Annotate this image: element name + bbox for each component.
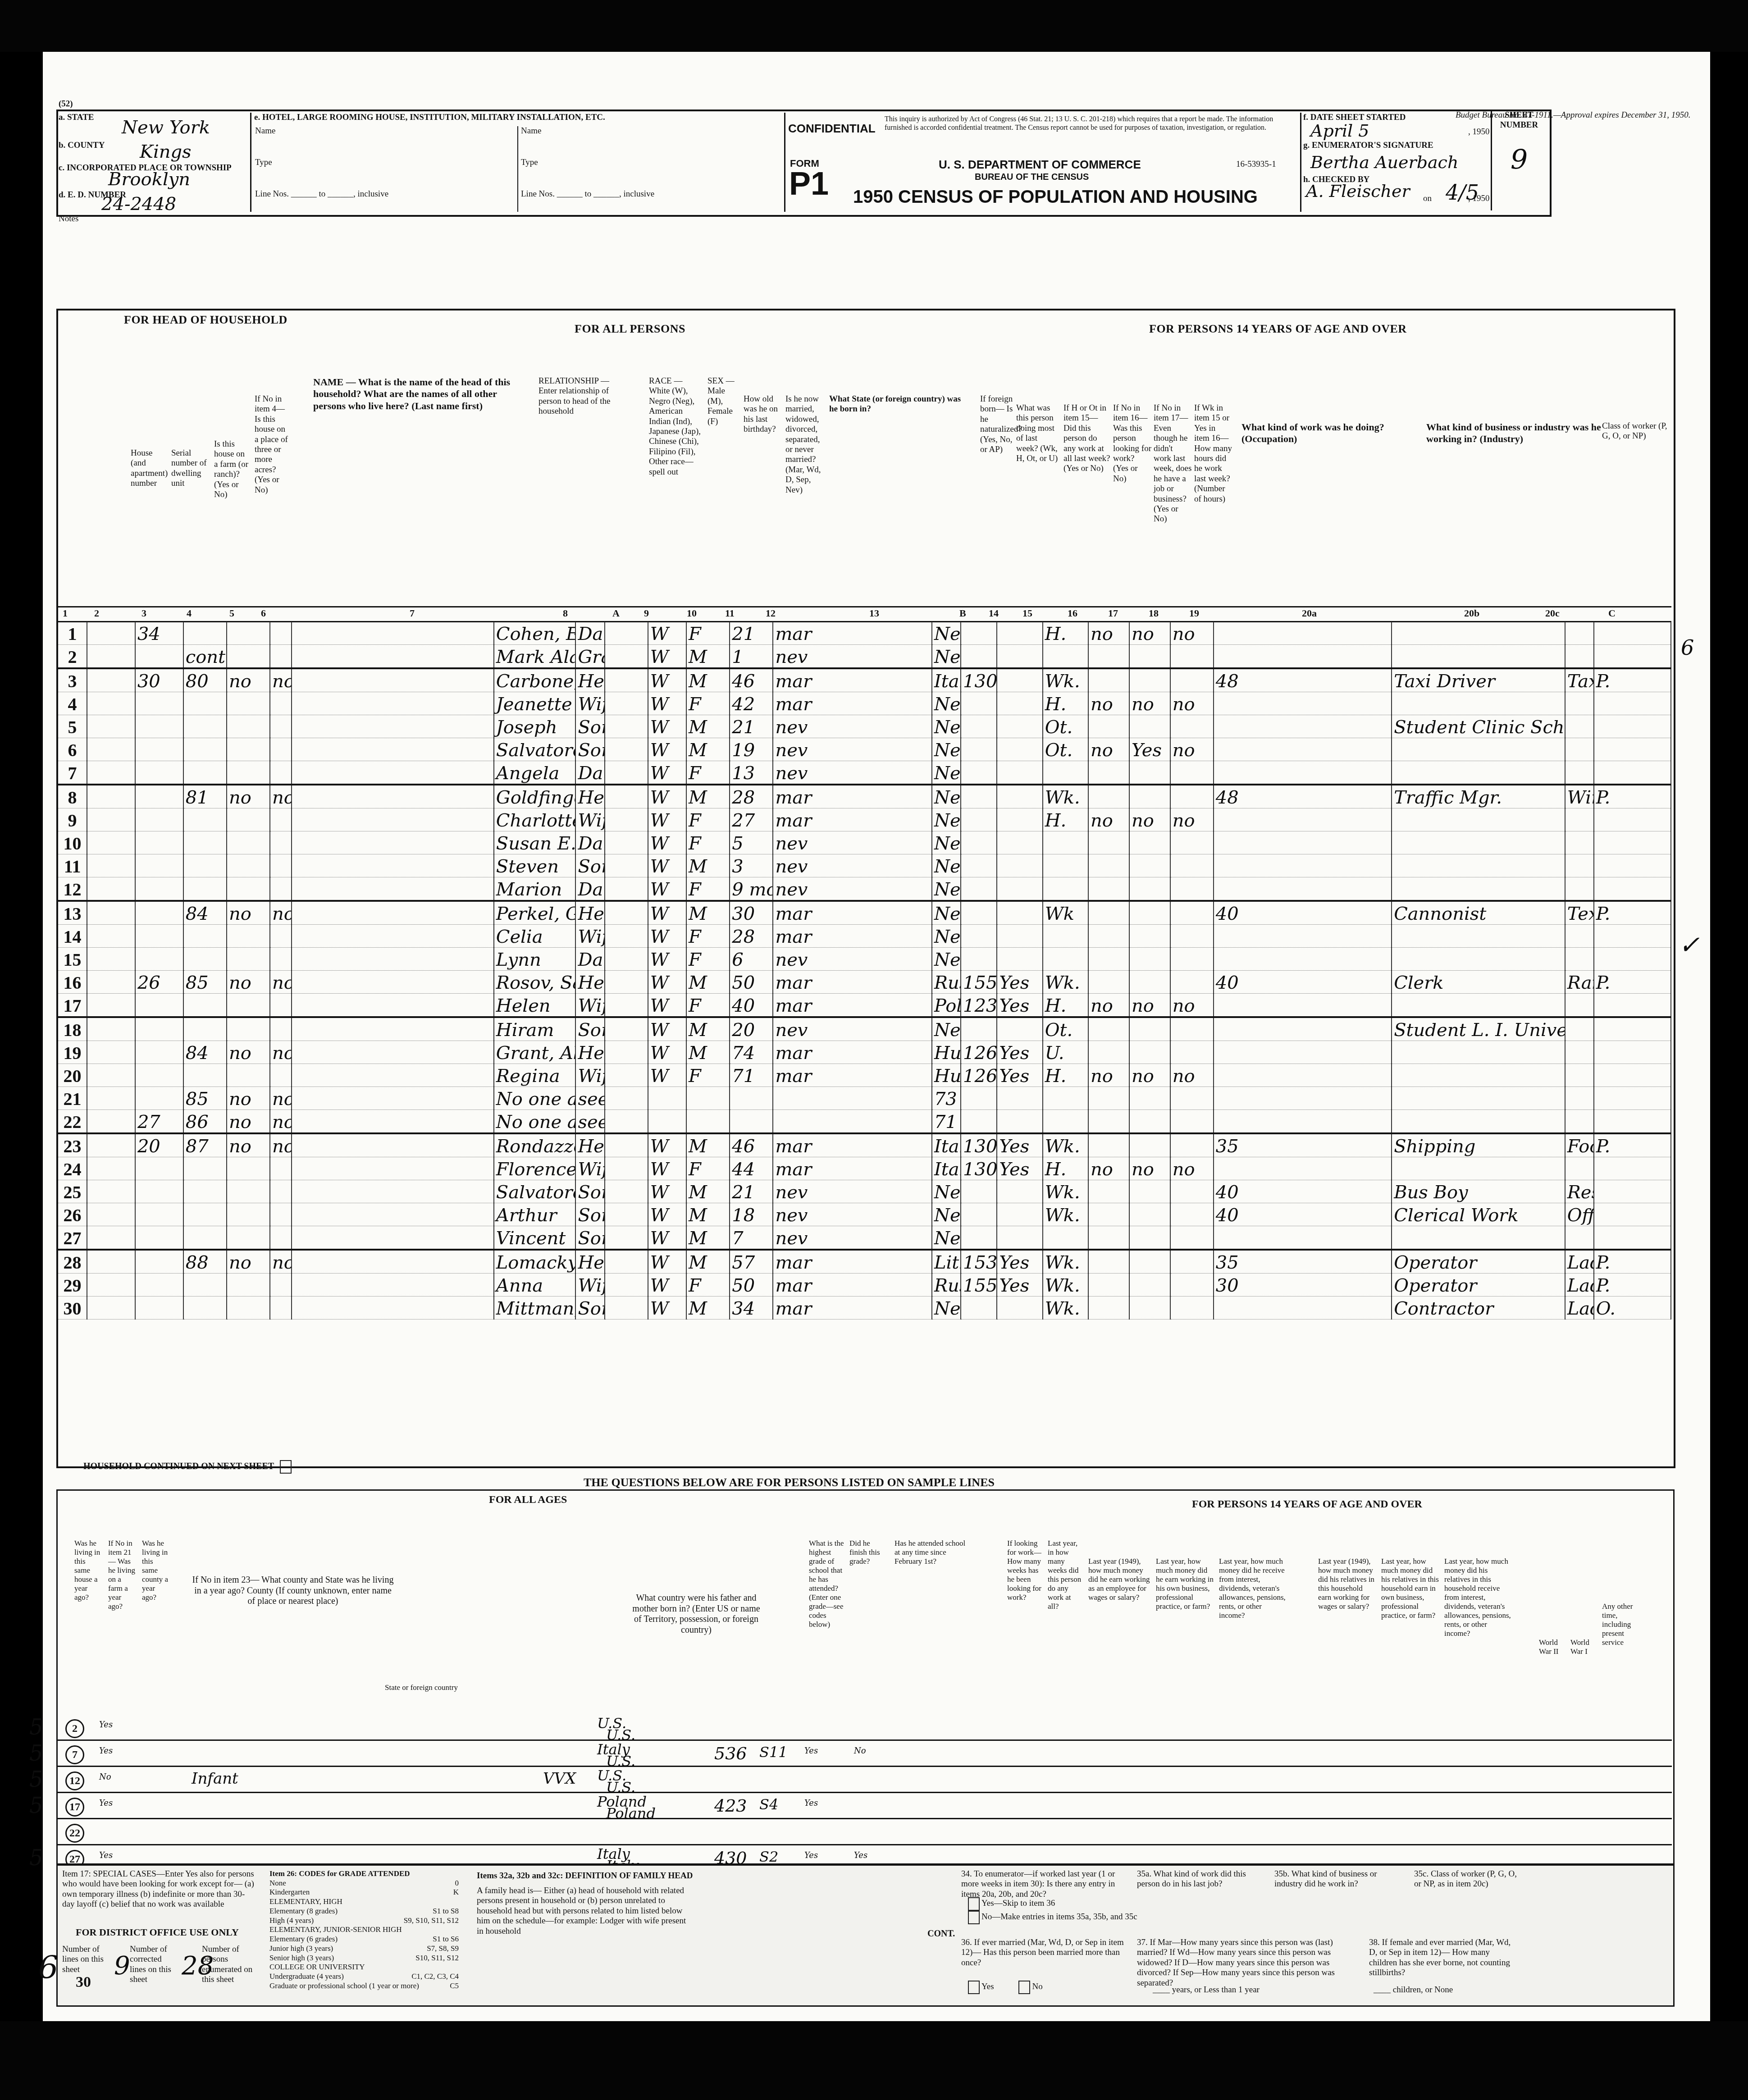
activity[interactable]: H. — [1043, 622, 1088, 645]
looking-for-work[interactable]: no — [1129, 994, 1170, 1018]
naturalized[interactable]: Yes — [997, 1064, 1042, 1087]
dwelling-serial[interactable] — [183, 1180, 227, 1203]
birthplace[interactable]: Italy — [932, 1157, 961, 1180]
activity[interactable]: Wk. — [1043, 785, 1088, 808]
any-work[interactable] — [1088, 901, 1129, 925]
farm-answer[interactable] — [227, 1064, 270, 1087]
farm-answer[interactable] — [227, 877, 270, 901]
looking-for-work[interactable] — [1129, 1203, 1170, 1226]
hours-worked[interactable]: 48 — [1214, 785, 1392, 808]
relationship[interactable]: Wife — [575, 1274, 604, 1297]
any-work[interactable] — [1088, 831, 1129, 854]
birthplace[interactable]: 73 lines 11, 12, 13, 14, 15 — [932, 1087, 961, 1110]
house-number[interactable] — [135, 1274, 183, 1297]
house-number[interactable] — [135, 1064, 183, 1087]
street-name[interactable] — [87, 948, 135, 971]
birthplace[interactable]: Hungary — [932, 1041, 961, 1064]
birthplace-code[interactable]: 130 — [961, 1133, 997, 1157]
occupation[interactable]: Clerical Work — [1392, 1203, 1565, 1226]
naturalized[interactable] — [997, 901, 1042, 925]
marital-status[interactable]: nev — [773, 715, 932, 738]
hours-worked[interactable] — [1214, 1226, 1392, 1250]
hours-worked[interactable] — [1214, 925, 1392, 948]
farm-answer[interactable]: no — [227, 785, 270, 808]
street-name[interactable] — [87, 715, 135, 738]
q37-options[interactable]: ____ years, or Less than 1 year — [1153, 1985, 1260, 1995]
industry[interactable] — [1565, 645, 1594, 669]
sex[interactable]: M — [686, 645, 730, 669]
any-work[interactable] — [1088, 971, 1129, 994]
any-work[interactable] — [1088, 1041, 1129, 1064]
person-name[interactable]: Jeanette — [494, 692, 576, 715]
naturalized[interactable]: Yes — [997, 994, 1042, 1018]
sex[interactable]: F — [686, 877, 730, 901]
q34-no[interactable]: No—Make entries in items 35a, 35b, and 3… — [968, 1911, 1137, 1924]
occupation[interactable] — [1392, 948, 1565, 971]
acres-answer[interactable] — [270, 925, 292, 948]
relationship[interactable]: Son-in-Law — [575, 1297, 604, 1319]
class-of-worker[interactable]: P. — [1594, 1274, 1671, 1297]
person-name[interactable]: Lynn — [494, 948, 576, 971]
person-name[interactable]: Cohen, Evelyn — [494, 622, 576, 645]
hours-worked[interactable] — [1214, 854, 1392, 877]
industry[interactable] — [1565, 994, 1594, 1018]
house-number[interactable] — [135, 761, 183, 785]
race[interactable]: W — [648, 1041, 686, 1064]
date-value[interactable]: April 5 — [1310, 121, 1369, 141]
activity[interactable] — [1043, 1226, 1088, 1250]
house-number[interactable] — [135, 1250, 183, 1274]
naturalized[interactable] — [997, 1297, 1042, 1319]
birthplace-code[interactable]: 126 — [961, 1064, 997, 1087]
hours-worked[interactable] — [1214, 1110, 1392, 1134]
occupation[interactable] — [1392, 1110, 1565, 1134]
activity[interactable]: Ot. — [1043, 715, 1088, 738]
acres-answer[interactable] — [270, 715, 292, 738]
looking-for-work[interactable] — [1129, 1017, 1170, 1041]
industry[interactable]: Railroad — [1565, 971, 1594, 994]
highest-grade[interactable]: S2 — [759, 1848, 778, 1865]
has-job[interactable] — [1170, 854, 1214, 877]
activity[interactable] — [1043, 1110, 1088, 1134]
house-number[interactable] — [135, 715, 183, 738]
occupation[interactable]: Traffic Mgr. — [1392, 785, 1565, 808]
occupation[interactable] — [1392, 808, 1565, 831]
person-name[interactable]: Carbone, Frank — [494, 668, 576, 692]
age[interactable]: 30 — [730, 901, 773, 925]
hours-worked[interactable] — [1214, 948, 1392, 971]
person-name[interactable]: Susan E. — [494, 831, 576, 854]
farm-answer[interactable]: no — [227, 1110, 270, 1134]
marital-status[interactable]: nev — [773, 738, 932, 761]
acres-answer[interactable]: no — [270, 1133, 292, 1157]
relationship[interactable]: Son — [575, 1203, 604, 1226]
farm-answer[interactable] — [227, 715, 270, 738]
any-work[interactable] — [1088, 1180, 1129, 1203]
class-of-worker[interactable]: P. — [1594, 785, 1671, 808]
looking-for-work[interactable]: no — [1129, 808, 1170, 831]
house-number[interactable]: 26 — [135, 971, 183, 994]
age[interactable]: 71 — [730, 1064, 773, 1087]
class-of-worker[interactable] — [1594, 1110, 1671, 1134]
q38-options[interactable]: ____ children, or None — [1374, 1985, 1453, 1995]
q21-answer[interactable]: Yes — [99, 1851, 113, 1860]
marital-status[interactable]: mar — [773, 1041, 932, 1064]
relationship[interactable]: Daughter — [575, 831, 604, 854]
farm-answer[interactable]: no — [227, 668, 270, 692]
looking-for-work[interactable] — [1129, 1133, 1170, 1157]
marital-status[interactable] — [773, 1087, 932, 1110]
birthplace-code[interactable]: 130 — [961, 1157, 997, 1180]
dwelling-serial[interactable] — [183, 692, 227, 715]
has-job[interactable]: no — [1170, 692, 1214, 715]
acres-answer[interactable]: no — [270, 971, 292, 994]
occupation[interactable] — [1392, 1157, 1565, 1180]
industry[interactable] — [1565, 948, 1594, 971]
dwelling-serial[interactable] — [183, 877, 227, 901]
person-name[interactable]: Anna — [494, 1274, 576, 1297]
age[interactable]: 57 — [730, 1250, 773, 1274]
dwelling-serial[interactable] — [183, 854, 227, 877]
house-number[interactable] — [135, 785, 183, 808]
industry[interactable] — [1565, 1110, 1594, 1134]
birthplace-code[interactable] — [961, 692, 997, 715]
house-number[interactable] — [135, 1041, 183, 1064]
occupation[interactable]: Bus Boy — [1392, 1180, 1565, 1203]
birthplace[interactable]: New York — [932, 785, 961, 808]
sex[interactable]: F — [686, 1274, 730, 1297]
birthplace[interactable]: New York — [932, 925, 961, 948]
has-job[interactable] — [1170, 925, 1214, 948]
birthplace[interactable]: Hungary — [932, 1064, 961, 1087]
marital-status[interactable]: nev — [773, 645, 932, 669]
naturalized[interactable] — [997, 785, 1042, 808]
has-job[interactable] — [1170, 1250, 1214, 1274]
street-name[interactable] — [87, 622, 135, 645]
age[interactable]: 18 — [730, 1203, 773, 1226]
occupation[interactable] — [1392, 1087, 1565, 1110]
street-name[interactable] — [87, 1226, 135, 1250]
any-work[interactable] — [1088, 715, 1129, 738]
sex[interactable] — [686, 1110, 730, 1134]
house-number[interactable] — [135, 948, 183, 971]
grade-code-e[interactable]: 536 — [714, 1744, 747, 1763]
industry[interactable]: Textile Mach. Mfr. — [1565, 901, 1594, 925]
industry[interactable]: Food Products — [1565, 1133, 1594, 1157]
naturalized[interactable] — [997, 645, 1042, 669]
class-of-worker[interactable] — [1594, 854, 1671, 877]
marital-status[interactable]: nev — [773, 877, 932, 901]
activity[interactable]: Wk. — [1043, 1250, 1088, 1274]
industry[interactable] — [1565, 715, 1594, 738]
naturalized[interactable] — [997, 622, 1042, 645]
race[interactable]: W — [648, 668, 686, 692]
relationship[interactable]: Son — [575, 738, 604, 761]
house-number[interactable] — [135, 1203, 183, 1226]
marital-status[interactable]: mar — [773, 925, 932, 948]
sex[interactable]: M — [686, 971, 730, 994]
hours-worked[interactable]: 30 — [1214, 1274, 1392, 1297]
house-number[interactable] — [135, 877, 183, 901]
dwelling-serial[interactable] — [183, 808, 227, 831]
house-number[interactable] — [135, 994, 183, 1018]
finished-grade[interactable]: Yes — [804, 1851, 818, 1860]
birthplace[interactable]: New York — [932, 854, 961, 877]
relationship[interactable]: Daughter — [575, 948, 604, 971]
activity[interactable]: H. — [1043, 1157, 1088, 1180]
age[interactable]: 3 — [730, 854, 773, 877]
activity[interactable] — [1043, 854, 1088, 877]
naturalized[interactable]: Yes — [997, 1133, 1042, 1157]
dwelling-serial[interactable] — [183, 1274, 227, 1297]
has-job[interactable]: no — [1170, 738, 1214, 761]
industry[interactable]: Ladies Coats — [1565, 1297, 1594, 1319]
relationship[interactable]: Head — [575, 1041, 604, 1064]
class-of-worker[interactable] — [1594, 994, 1671, 1018]
relationship[interactable]: Wife — [575, 1157, 604, 1180]
birthplace[interactable]: Italy — [932, 668, 961, 692]
house-number[interactable] — [135, 1087, 183, 1110]
class-of-worker[interactable] — [1594, 622, 1671, 645]
person-name[interactable]: Angela — [494, 761, 576, 785]
farm-answer[interactable]: no — [227, 971, 270, 994]
race[interactable]: W — [648, 1226, 686, 1250]
sex[interactable]: F — [686, 761, 730, 785]
relationship[interactable]: Son — [575, 1017, 604, 1041]
any-work[interactable] — [1088, 1017, 1129, 1041]
activity[interactable] — [1043, 761, 1088, 785]
class-of-worker[interactable]: P. — [1594, 1133, 1671, 1157]
naturalized[interactable] — [997, 854, 1042, 877]
occupation[interactable] — [1392, 622, 1565, 645]
farm-answer[interactable] — [227, 831, 270, 854]
hours-worked[interactable] — [1214, 1157, 1392, 1180]
acres-answer[interactable] — [270, 1017, 292, 1041]
acres-answer[interactable] — [270, 761, 292, 785]
farm-answer[interactable] — [227, 622, 270, 645]
farm-answer[interactable] — [227, 738, 270, 761]
race[interactable]: W — [648, 925, 686, 948]
house-number[interactable] — [135, 1226, 183, 1250]
class-of-worker[interactable]: P. — [1594, 668, 1671, 692]
sex[interactable]: M — [686, 1041, 730, 1064]
has-job[interactable] — [1170, 1041, 1214, 1064]
relationship[interactable]: Son — [575, 854, 604, 877]
activity[interactable] — [1043, 645, 1088, 669]
any-work[interactable] — [1088, 1087, 1129, 1110]
looking-for-work[interactable] — [1129, 715, 1170, 738]
marital-status[interactable]: nev — [773, 831, 932, 854]
class-of-worker[interactable] — [1594, 1041, 1671, 1064]
marital-status[interactable]: nev — [773, 1226, 932, 1250]
acres-answer[interactable] — [270, 1274, 292, 1297]
county-value[interactable]: Kings — [140, 142, 192, 162]
acres-answer[interactable] — [270, 808, 292, 831]
birthplace-code[interactable] — [961, 1203, 997, 1226]
age[interactable]: 19 — [730, 738, 773, 761]
naturalized[interactable] — [997, 1087, 1042, 1110]
class-of-worker[interactable] — [1594, 1064, 1671, 1087]
hours-worked[interactable]: 40 — [1214, 901, 1392, 925]
industry[interactable]: Ladies Dresses — [1565, 1274, 1594, 1297]
any-work[interactable] — [1088, 1133, 1129, 1157]
dwelling-serial[interactable]: cont — [183, 645, 227, 669]
person-name[interactable]: Mittman, Nathaniel — [494, 1297, 576, 1319]
activity[interactable]: Wk. — [1043, 1297, 1088, 1319]
street-name[interactable] — [87, 1180, 135, 1203]
occupation[interactable] — [1392, 831, 1565, 854]
q21-answer[interactable]: No — [99, 1772, 111, 1782]
sex[interactable]: M — [686, 854, 730, 877]
birthplace-code[interactable] — [961, 948, 997, 971]
hours-worked[interactable] — [1214, 831, 1392, 854]
birthplace-code[interactable]: 126 — [961, 1041, 997, 1064]
relationship[interactable]: Wife — [575, 994, 604, 1018]
marital-status[interactable]: mar — [773, 808, 932, 831]
has-job[interactable] — [1170, 877, 1214, 901]
sex[interactable]: M — [686, 668, 730, 692]
any-work[interactable]: no — [1088, 622, 1129, 645]
sex[interactable]: F — [686, 948, 730, 971]
house-number[interactable] — [135, 831, 183, 854]
naturalized[interactable] — [997, 1203, 1042, 1226]
hours-worked[interactable] — [1214, 715, 1392, 738]
relationship[interactable]: Wife — [575, 925, 604, 948]
attended-school[interactable]: No — [854, 1746, 866, 1756]
farm-answer[interactable] — [227, 808, 270, 831]
birthplace-code[interactable] — [961, 1226, 997, 1250]
sex[interactable]: F — [686, 994, 730, 1018]
sex[interactable]: M — [686, 901, 730, 925]
marital-status[interactable]: mar — [773, 1274, 932, 1297]
race[interactable]: W — [648, 1133, 686, 1157]
relationship[interactable]: Daughter — [575, 877, 604, 901]
person-name[interactable]: No one at home — [494, 1110, 576, 1134]
naturalized[interactable] — [997, 738, 1042, 761]
industry[interactable] — [1565, 831, 1594, 854]
street-name[interactable] — [87, 1087, 135, 1110]
age[interactable]: 5 — [730, 831, 773, 854]
age[interactable]: 50 — [730, 1274, 773, 1297]
dwelling-serial[interactable] — [183, 1064, 227, 1087]
hours-worked[interactable]: 48 — [1214, 668, 1392, 692]
occupation[interactable] — [1392, 925, 1565, 948]
dwelling-serial[interactable] — [183, 1297, 227, 1319]
acres-answer[interactable] — [270, 948, 292, 971]
person-name[interactable]: No one at home — [494, 1087, 576, 1110]
acres-answer[interactable] — [270, 854, 292, 877]
person-name[interactable]: Lomacky, Samuel — [494, 1250, 576, 1274]
dwelling-serial[interactable]: 85 — [183, 971, 227, 994]
birthplace[interactable]: New York — [932, 1017, 961, 1041]
dwelling-serial[interactable] — [183, 1226, 227, 1250]
naturalized[interactable]: Yes — [997, 1274, 1042, 1297]
industry[interactable]: Taxicab Co. — [1565, 668, 1594, 692]
birthplace-code[interactable] — [961, 622, 997, 645]
acres-answer[interactable] — [270, 1064, 292, 1087]
acres-answer[interactable]: no — [270, 1087, 292, 1110]
house-number[interactable]: 27 — [135, 1110, 183, 1134]
occupation[interactable] — [1392, 1064, 1565, 1087]
birthplace-code[interactable] — [961, 877, 997, 901]
attended-school[interactable]: Yes — [854, 1851, 867, 1860]
race[interactable] — [648, 1087, 686, 1110]
occupation[interactable]: Clerk — [1392, 971, 1565, 994]
lines-value[interactable]: 30 — [76, 1974, 91, 1991]
dwelling-serial[interactable] — [183, 831, 227, 854]
naturalized[interactable] — [997, 668, 1042, 692]
any-work[interactable] — [1088, 668, 1129, 692]
age[interactable]: 44 — [730, 1157, 773, 1180]
naturalized[interactable] — [997, 1017, 1042, 1041]
any-work[interactable] — [1088, 785, 1129, 808]
sex[interactable]: M — [686, 785, 730, 808]
looking-for-work[interactable] — [1129, 901, 1170, 925]
relationship[interactable]: Head — [575, 785, 604, 808]
race[interactable]: W — [648, 1064, 686, 1087]
birthplace[interactable]: Lithuania — [932, 1250, 961, 1274]
relationship[interactable]: Son — [575, 1226, 604, 1250]
naturalized[interactable]: Yes — [997, 1041, 1042, 1064]
person-name[interactable]: Grant, Alexander — [494, 1041, 576, 1064]
persons-value[interactable]: 28 — [182, 1951, 214, 1981]
has-job[interactable] — [1170, 1087, 1214, 1110]
looking-for-work[interactable] — [1129, 645, 1170, 669]
occupation[interactable]: Student L. I. University — [1392, 1017, 1565, 1041]
house-number[interactable] — [135, 645, 183, 669]
relationship[interactable]: Wife — [575, 1064, 604, 1087]
person-name[interactable]: Steven — [494, 854, 576, 877]
age[interactable]: 28 — [730, 925, 773, 948]
industry[interactable] — [1565, 1041, 1594, 1064]
person-name[interactable]: Vincent — [494, 1226, 576, 1250]
activity[interactable]: Wk. — [1043, 1133, 1088, 1157]
dwelling-serial[interactable]: 84 — [183, 1041, 227, 1064]
person-name[interactable]: Goldfinger, Maurice — [494, 785, 576, 808]
looking-for-work[interactable]: no — [1129, 692, 1170, 715]
race[interactable]: W — [648, 1017, 686, 1041]
q34-yes[interactable]: Yes—Skip to item 36 — [968, 1897, 1055, 1911]
marital-status[interactable]: mar — [773, 1157, 932, 1180]
occupation[interactable]: Cannonist — [1392, 901, 1565, 925]
relationship[interactable]: Head — [575, 1133, 604, 1157]
industry[interactable] — [1565, 854, 1594, 877]
age[interactable]: 50 — [730, 971, 773, 994]
farm-answer[interactable] — [227, 994, 270, 1018]
person-name[interactable]: Salvatore — [494, 1180, 576, 1203]
has-job[interactable] — [1170, 785, 1214, 808]
class-of-worker[interactable] — [1594, 692, 1671, 715]
birthplace[interactable]: New York — [932, 877, 961, 901]
race[interactable]: W — [648, 715, 686, 738]
activity[interactable]: Wk. — [1043, 971, 1088, 994]
farm-answer[interactable] — [227, 1226, 270, 1250]
birthplace-code[interactable] — [961, 901, 997, 925]
street-name[interactable] — [87, 785, 135, 808]
marital-status[interactable]: nev — [773, 1203, 932, 1226]
q21-answer[interactable]: Yes — [99, 1746, 113, 1756]
occupation[interactable]: Shipping — [1392, 1133, 1565, 1157]
person-name[interactable]: Joseph — [494, 715, 576, 738]
marital-status[interactable]: mar — [773, 971, 932, 994]
activity[interactable]: Wk — [1043, 901, 1088, 925]
house-number[interactable]: 34 — [135, 622, 183, 645]
house-number[interactable] — [135, 738, 183, 761]
industry[interactable] — [1565, 925, 1594, 948]
age[interactable]: 28 — [730, 785, 773, 808]
relationship[interactable]: Grandson — [575, 645, 604, 669]
industry[interactable] — [1565, 622, 1594, 645]
